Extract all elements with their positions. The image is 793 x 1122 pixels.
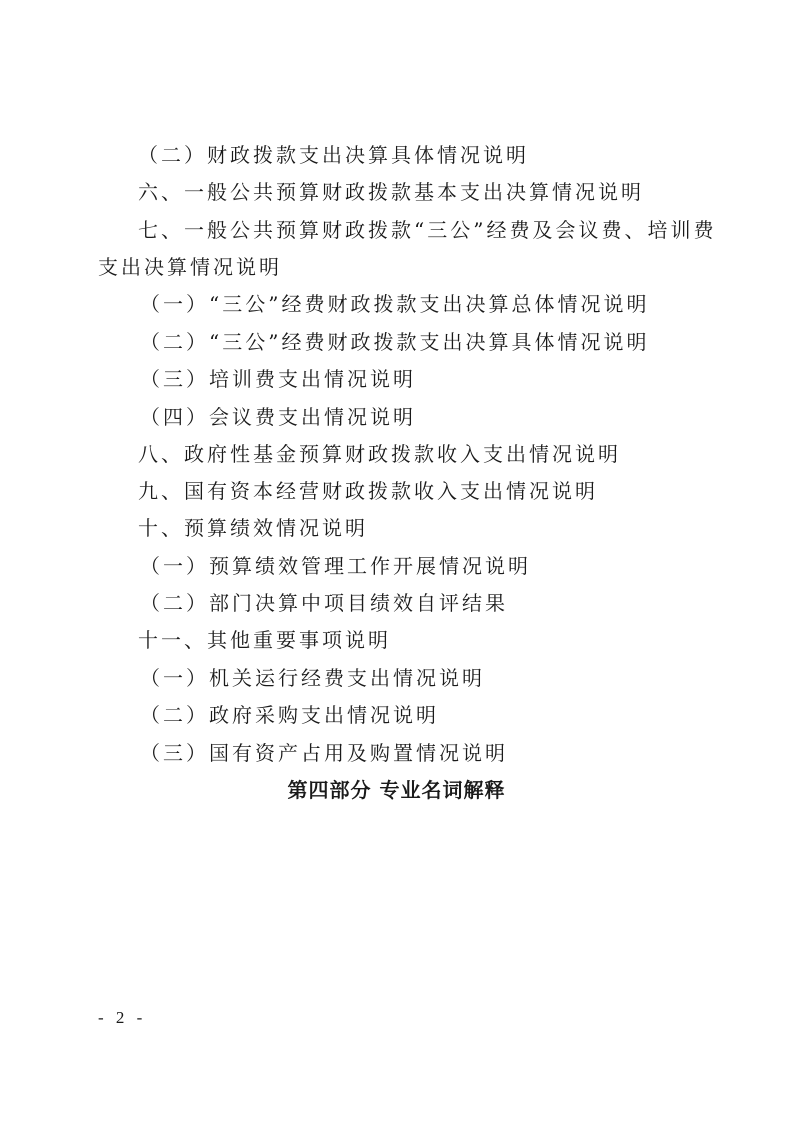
document-page: （二）财政拨款支出决算具体情况说明 六、一般公共预算财政拨款基本支出决算情况说明…	[0, 0, 793, 1122]
toc-line: （二）财政拨款支出决算具体情况说明	[138, 143, 529, 167]
toc-line: （一）“三公”经费财政拨款支出决算总体情况说明	[140, 292, 649, 316]
toc-line: （一）机关运行经费支出情况说明	[140, 666, 485, 690]
toc-line: 十一、其他重要事项说明	[138, 628, 391, 652]
toc-line: 九、国有资本经营财政拨款收入支出情况说明	[138, 479, 598, 503]
toc-line: （一）预算绩效管理工作开展情况说明	[140, 554, 531, 578]
toc-line: （二）部门决算中项目绩效自评结果	[140, 591, 508, 615]
toc-line: （三）培训费支出情况说明	[140, 367, 416, 391]
page-number: - 2 -	[98, 1008, 146, 1028]
toc-line: 六、一般公共预算财政拨款基本支出决算情况说明	[138, 180, 644, 204]
toc-line: 支出决算情况说明	[98, 255, 282, 279]
toc-line: 八、政府性基金预算财政拨款收入支出情况说明	[138, 442, 621, 466]
section-heading: 第四部分 专业名词解释	[0, 778, 793, 802]
toc-line: （四）会议费支出情况说明	[140, 405, 416, 429]
toc-line: （二）“三公”经费财政拨款支出决算具体情况说明	[140, 330, 649, 354]
toc-line: （三）国有资产占用及购置情况说明	[140, 741, 508, 765]
toc-line: 十、预算绩效情况说明	[138, 516, 368, 540]
toc-line: （二）政府采购支出情况说明	[140, 703, 439, 727]
toc-line: 七、一般公共预算财政拨款“三公”经费及会议费、培训费	[138, 218, 716, 242]
